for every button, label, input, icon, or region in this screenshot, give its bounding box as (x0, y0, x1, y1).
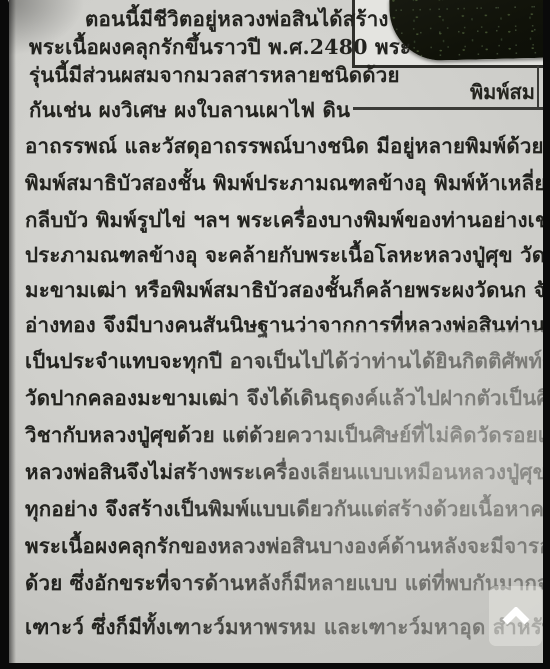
text-line: วัดปากคลองมะขามเฒ่า จึงได้เดินธุดงค์แล้ว… (25, 385, 540, 412)
text-line: เป็นประจำแทบจะทุกปี อาจเป็นไปได้ว่าท่านไ… (25, 348, 540, 375)
text-line: ประภามณฑลข้างอุ จะคล้ายกับพระเนื้อโลหะหล… (25, 242, 540, 269)
text-line: พระเนื้อผงคลุกรักของหลวงพ่อสินบางองค์ด้า… (25, 533, 540, 560)
chevron-up-icon (502, 607, 530, 625)
text-line: อ่างทอง จึงมีบางคนสันนิษฐานว่าจากการที่ห… (25, 312, 540, 339)
text-line: ตอนนี้มีชีวิตอยู่หลวงพ่อสินได้สร้าง (85, 6, 349, 33)
text-line: กันเช่น ผงวิเศษ ผงใบลานเผาไฟ ดิน (29, 97, 348, 124)
scan-edge-bottom (0, 663, 550, 669)
caption-divider-line (353, 107, 544, 110)
text-line: อาถรรพณ์ และวัสดุอาถรรพณ์บางชนิด มีอยู่ห… (25, 133, 540, 160)
amulet-photo (389, 0, 550, 62)
scan-edge-left (0, 0, 9, 669)
frame-edge-line (537, 66, 539, 109)
text-line: พิมพ์สมาธิบัวสองชั้น พิมพ์ประภามณฑลข้างอ… (25, 170, 540, 197)
text-line: พระเนื้อผงคลุกรักขึ้นราวปี พ.ศ.2480 พระ (29, 34, 348, 61)
text-line: มะขามเฒ่า หรือพิมพ์สมาธิบัวสองชั้นก็คล้า… (25, 277, 540, 304)
scan-edge-right (543, 0, 550, 669)
text-line: ทุกอย่าง จึงสร้างเป็นพิมพ์แบบเดียวกันแต่… (25, 496, 540, 523)
text-line: กลีบบัว พิมพ์รูปไข่ ฯลฯ พระเครื่องบางพิม… (25, 207, 540, 234)
text-line: หลวงพ่อสินจึงไม่สร้างพระเครื่องเลียนแบบเ… (25, 459, 540, 486)
scroll-to-top-button[interactable] (489, 586, 542, 646)
text-line: วิชากับหลวงปู่ศุขด้วย แต่ด้วยความเป็นศิษ… (25, 422, 540, 449)
scanned-book-page: พิมพ์สม ตอนนี้มีชีวิตอยู่หลวงพ่อสินได้สร… (0, 0, 550, 669)
text-line: ด้วย ซึ่งอักขระที่จารด้านหลังก็มีหลายแบบ… (25, 570, 540, 597)
text-line: รุ่นนี้มีส่วนผสมจากมวลสารหลายชนิดด้วย (29, 62, 348, 89)
text-line: เฑาะว์ ซึ่งก็มีทั้งเฑาะว์มหาพรหม และเฑาะ… (25, 614, 540, 641)
